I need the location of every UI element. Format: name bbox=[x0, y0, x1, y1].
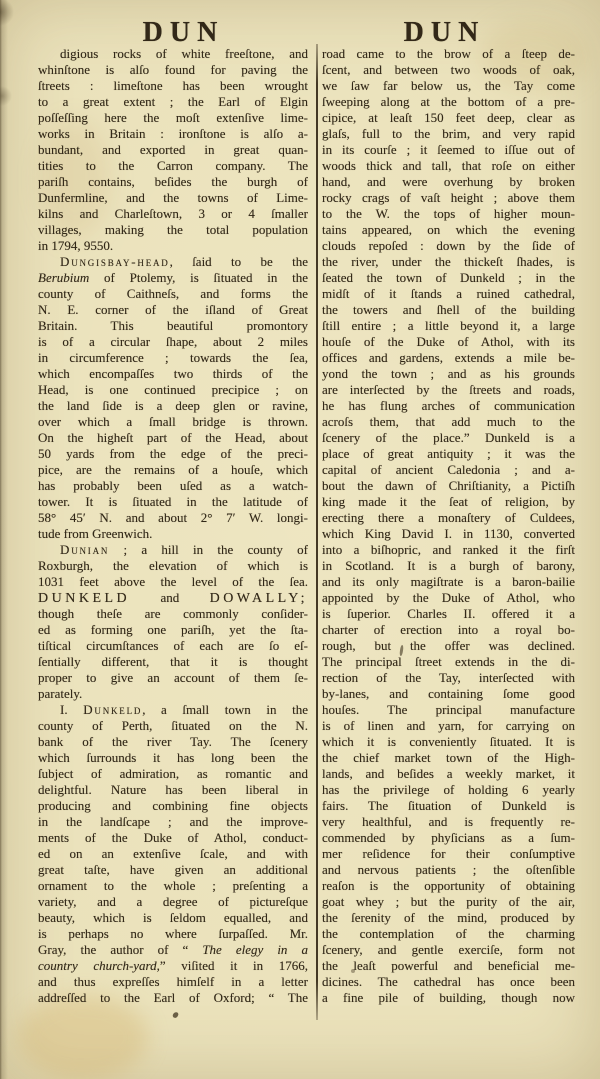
text-line: I. Dunkeld, a ſmall town in the bbox=[38, 702, 308, 718]
text-line: ſtreets : limeſtone has been wrought bbox=[38, 78, 308, 94]
text-line: over which a ſmall bridge is thrown. bbox=[38, 414, 308, 430]
text-line: hand, and were overhung by broken bbox=[322, 174, 575, 190]
text-line: the chief market town of the High- bbox=[322, 750, 575, 766]
text-line: place of great antiquity ; it was the bbox=[322, 446, 575, 462]
text-line: houſe of the Duke of Athol, with its bbox=[322, 334, 575, 350]
text-line: is ſuperior. Charles II. offered it a bbox=[322, 606, 575, 622]
text-line: king made it the ſeat of religion, by bbox=[322, 494, 575, 510]
text-line: charter of erection into a royal bo- bbox=[322, 622, 575, 638]
text-line: and its only magiſtrate is a baron-baili… bbox=[322, 574, 575, 590]
text-line: the towers and ſhell of the building bbox=[322, 302, 575, 318]
text-line: glaſs, full to the brim, and very rapid bbox=[322, 126, 575, 142]
column-divider bbox=[316, 44, 318, 1020]
text-line: the land ſide is a deep glen or ravine, bbox=[38, 398, 308, 414]
text-line: ſcent, and between two woods of oak, bbox=[322, 62, 575, 78]
text-line: county of Perth, ſituated on the N. bbox=[38, 718, 308, 734]
text-line: ed as forming one pariſh, yet the ſta- bbox=[38, 622, 308, 638]
text-line: tities to the Carron company. The bbox=[38, 158, 308, 174]
text-line: has probably been uſed as a watch- bbox=[38, 478, 308, 494]
text-line: and thus expreſſes himſelf in a letter bbox=[38, 974, 308, 990]
text-line: ed on an extenſive ſcale, and with bbox=[38, 846, 308, 862]
text-line: Britain. This beautiful promontory bbox=[38, 318, 308, 334]
text-line: rection of the Tay, interſected with bbox=[322, 670, 575, 686]
page-header-right: DUN bbox=[401, 17, 486, 49]
text-line: parately. bbox=[38, 686, 308, 702]
text-line: road came to the brow of a ſteep de- bbox=[322, 46, 575, 62]
text-line: Roxburgh, the elevation of which is bbox=[38, 558, 308, 574]
text-line: the contemplation of the charming bbox=[322, 926, 575, 942]
text-line: 1031 feet above the level of the ſea. bbox=[38, 574, 308, 590]
text-line: Head, is one continued precipice ; on bbox=[38, 382, 308, 398]
text-line: Dunfermline, and the towns of Lime- bbox=[38, 190, 308, 206]
text-line: goat whey ; but the purity of the air, bbox=[322, 894, 575, 910]
text-line: yond the town ; and as his grounds bbox=[322, 366, 575, 382]
text-line: dicines. The cathedral has once been bbox=[322, 974, 575, 990]
text-line: producing and combining fine objects bbox=[38, 798, 308, 814]
text-line: which ſurrounds it has long been the bbox=[38, 750, 308, 766]
text-line: and nervous patients ; the oſtenſible bbox=[322, 862, 575, 878]
text-line: N. E. corner of the iſland of Great bbox=[38, 302, 308, 318]
text-line: in circumference ; towards the ſea, bbox=[38, 350, 308, 366]
text-line: On the higheſt part of the Head, about bbox=[38, 430, 308, 446]
right-column-text: road came to the brow of a ſteep de-ſcen… bbox=[322, 46, 575, 1006]
text-line: reaſon is the opportunity of obtaining bbox=[322, 878, 575, 894]
text-line: great taſte, have given an additional bbox=[38, 862, 308, 878]
text-line: ſeated the town of Dunkeld ; in the bbox=[322, 270, 575, 286]
text-line: country church-yard,” viſited it in 1766… bbox=[38, 958, 308, 974]
left-column-text: digious rocks of white freeſtone, andwhi… bbox=[38, 46, 308, 1006]
text-line: variety, and a degree of pictureſque bbox=[38, 894, 308, 910]
scanned-book-page: DUN DUN digious rocks of white freeſtone… bbox=[0, 0, 600, 1079]
paper-stain bbox=[18, 995, 148, 1079]
text-line: tiſtical circumſtances of each are ſo eſ… bbox=[38, 638, 308, 654]
text-line: whinſtone is alſo found for paving the bbox=[38, 62, 308, 78]
text-line: houſes. The principal manufacture bbox=[322, 702, 575, 718]
text-line: ſubject of admiration, as romantic and bbox=[38, 766, 308, 782]
text-line: beauty, which is ſeldom equalled, and bbox=[38, 910, 308, 926]
text-line: a fine pile of building, though now bbox=[322, 990, 575, 1006]
text-line: capital of ancient Caledonia ; and a- bbox=[322, 462, 575, 478]
text-line: the river, under the thickeſt ſhades, is bbox=[322, 254, 575, 270]
text-line: delightful. Nature has been liberal in bbox=[38, 782, 308, 798]
text-line: into a biſhopric, and ranked it the firſ… bbox=[322, 542, 575, 558]
text-line: very healthful, and is frequently re- bbox=[322, 814, 575, 830]
text-line: he has flung arches of communication bbox=[322, 398, 575, 414]
ink-speck bbox=[172, 1011, 179, 1019]
text-line: is of a circular ſhape, about 2 miles bbox=[38, 334, 308, 350]
text-line: Dungisbay-head, ſaid to be the bbox=[38, 254, 308, 270]
text-line: lands, and beſides a weekly market, it bbox=[322, 766, 575, 782]
text-line: tains appeared, on which the evening bbox=[322, 222, 575, 238]
text-line: villages, making the total population bbox=[38, 222, 308, 238]
text-line: commended by phyſicians as a ſum- bbox=[322, 830, 575, 846]
text-line: addreſſed to the Earl of Oxford; “ The bbox=[38, 990, 308, 1006]
text-line: in 1794, 9550. bbox=[38, 238, 308, 254]
text-line: rough, but the offer was declined. bbox=[322, 638, 575, 654]
text-line: in Scotland. It is a burgh of barony, bbox=[322, 558, 575, 574]
text-line: 50 yards from the edge of the preci- bbox=[38, 446, 308, 462]
text-line: clouds repoſed : down by the ſide of bbox=[322, 238, 575, 254]
text-line: pariſh contains, beſides the burgh of bbox=[38, 174, 308, 190]
text-line: Dunian ; a hill in the county of bbox=[38, 542, 308, 558]
text-line: tude from Greenwich. bbox=[38, 526, 308, 542]
text-line: ſcenery, and gentle exerciſe, form not bbox=[322, 942, 575, 958]
text-line: in its courſe ; it ſeemed to iſſue out o… bbox=[322, 142, 575, 158]
text-line: has the privilege of holding 6 yearly bbox=[322, 782, 575, 798]
text-line: though theſe are commonly conſider- bbox=[38, 606, 308, 622]
text-line: ſweeping along at the bottom of a pre- bbox=[322, 94, 575, 110]
text-line: kilns and Charleſtown, 3 or 4 ſmaller bbox=[38, 206, 308, 222]
text-line: is of linen and yarn, for carrying on bbox=[322, 718, 575, 734]
text-line: to a great extent ; the Earl of Elgin bbox=[38, 94, 308, 110]
text-line: which it is conveniently ſituated. It is bbox=[322, 734, 575, 750]
text-line: is perhaps no where ſurpaſſed. Mr. bbox=[38, 926, 308, 942]
text-line: we ſaw far below us, the Tay come bbox=[322, 78, 575, 94]
text-line: rocky crags of vaſt height ; above them bbox=[322, 190, 575, 206]
text-line: bout the dawn of Chriſtianity, a Pictiſh bbox=[322, 478, 575, 494]
text-line: erecting there a monaſtery of Culdees, bbox=[322, 510, 575, 526]
text-line: are interſected by the ſtreets and roads… bbox=[322, 382, 575, 398]
text-line: ornament to the whole ; preſenting a bbox=[38, 878, 308, 894]
text-line: the ſerenity of the mind, produced by bbox=[322, 910, 575, 926]
text-line: the leaſt powerful and beneficial me- bbox=[322, 958, 575, 974]
text-line: 58° 45′ N. and about 2° 7′ W. longi- bbox=[38, 510, 308, 526]
text-line: bundant, and exported in great quan- bbox=[38, 142, 308, 158]
text-line: mer reſidence for their conſumptive bbox=[322, 846, 575, 862]
text-line: Gray, the author of “ The elegy in a bbox=[38, 942, 308, 958]
text-line: acroſs them, that add much to the bbox=[322, 414, 575, 430]
text-line: bank of the river Tay. The ſcenery bbox=[38, 734, 308, 750]
text-line: poſſeſſing here the moſt extenſive lime- bbox=[38, 110, 308, 126]
text-line: ſtill entire ; a little beyond it, a lar… bbox=[322, 318, 575, 334]
text-line: appointed by the Duke of Athol, who bbox=[322, 590, 575, 606]
text-line: fairs. The ſituation of Dunkeld is bbox=[322, 798, 575, 814]
text-line: Berubium of Ptolemy, is ſituated in the bbox=[38, 270, 308, 286]
text-line: which encompaſſes two thirds of the bbox=[38, 366, 308, 382]
text-line: digious rocks of white freeſtone, and bbox=[38, 46, 308, 62]
text-line: ſentially different, that it is thought bbox=[38, 654, 308, 670]
text-line: DUNKELD and DOWALLY; bbox=[38, 590, 308, 606]
text-line: The principal ſtreet extends in the di- bbox=[322, 654, 575, 670]
page-header-left: DUN bbox=[140, 17, 225, 49]
text-line: midſt of it ſtands a ruined cathedral, bbox=[322, 286, 575, 302]
text-line: proper to give an account of them ſe- bbox=[38, 670, 308, 686]
text-line: in the landſcape ; and the improve- bbox=[38, 814, 308, 830]
text-line: to the W. the tops of higher moun- bbox=[322, 206, 575, 222]
text-line: by-lanes, and containing ſome good bbox=[322, 686, 575, 702]
text-line: tower. It is ſituated in the latitude of bbox=[38, 494, 308, 510]
text-line: pice, are the remains of a houſe, which bbox=[38, 462, 308, 478]
text-line: works in Britain : ironſtone is alſo a- bbox=[38, 126, 308, 142]
text-line: ments of the Duke of Athol, conduct- bbox=[38, 830, 308, 846]
text-line: county of Caithneſs, and forms the bbox=[38, 286, 308, 302]
text-line: cipice, at leaſt 150 feet deep, clear as bbox=[322, 110, 575, 126]
text-line: ſcenery of the place.” Dunkeld is a bbox=[322, 430, 575, 446]
text-line: woods thick and tall, that roſe on eithe… bbox=[322, 158, 575, 174]
text-line: offices and gardens, extends a mile be- bbox=[322, 350, 575, 366]
text-line: which King David I. in 1130, converted bbox=[322, 526, 575, 542]
